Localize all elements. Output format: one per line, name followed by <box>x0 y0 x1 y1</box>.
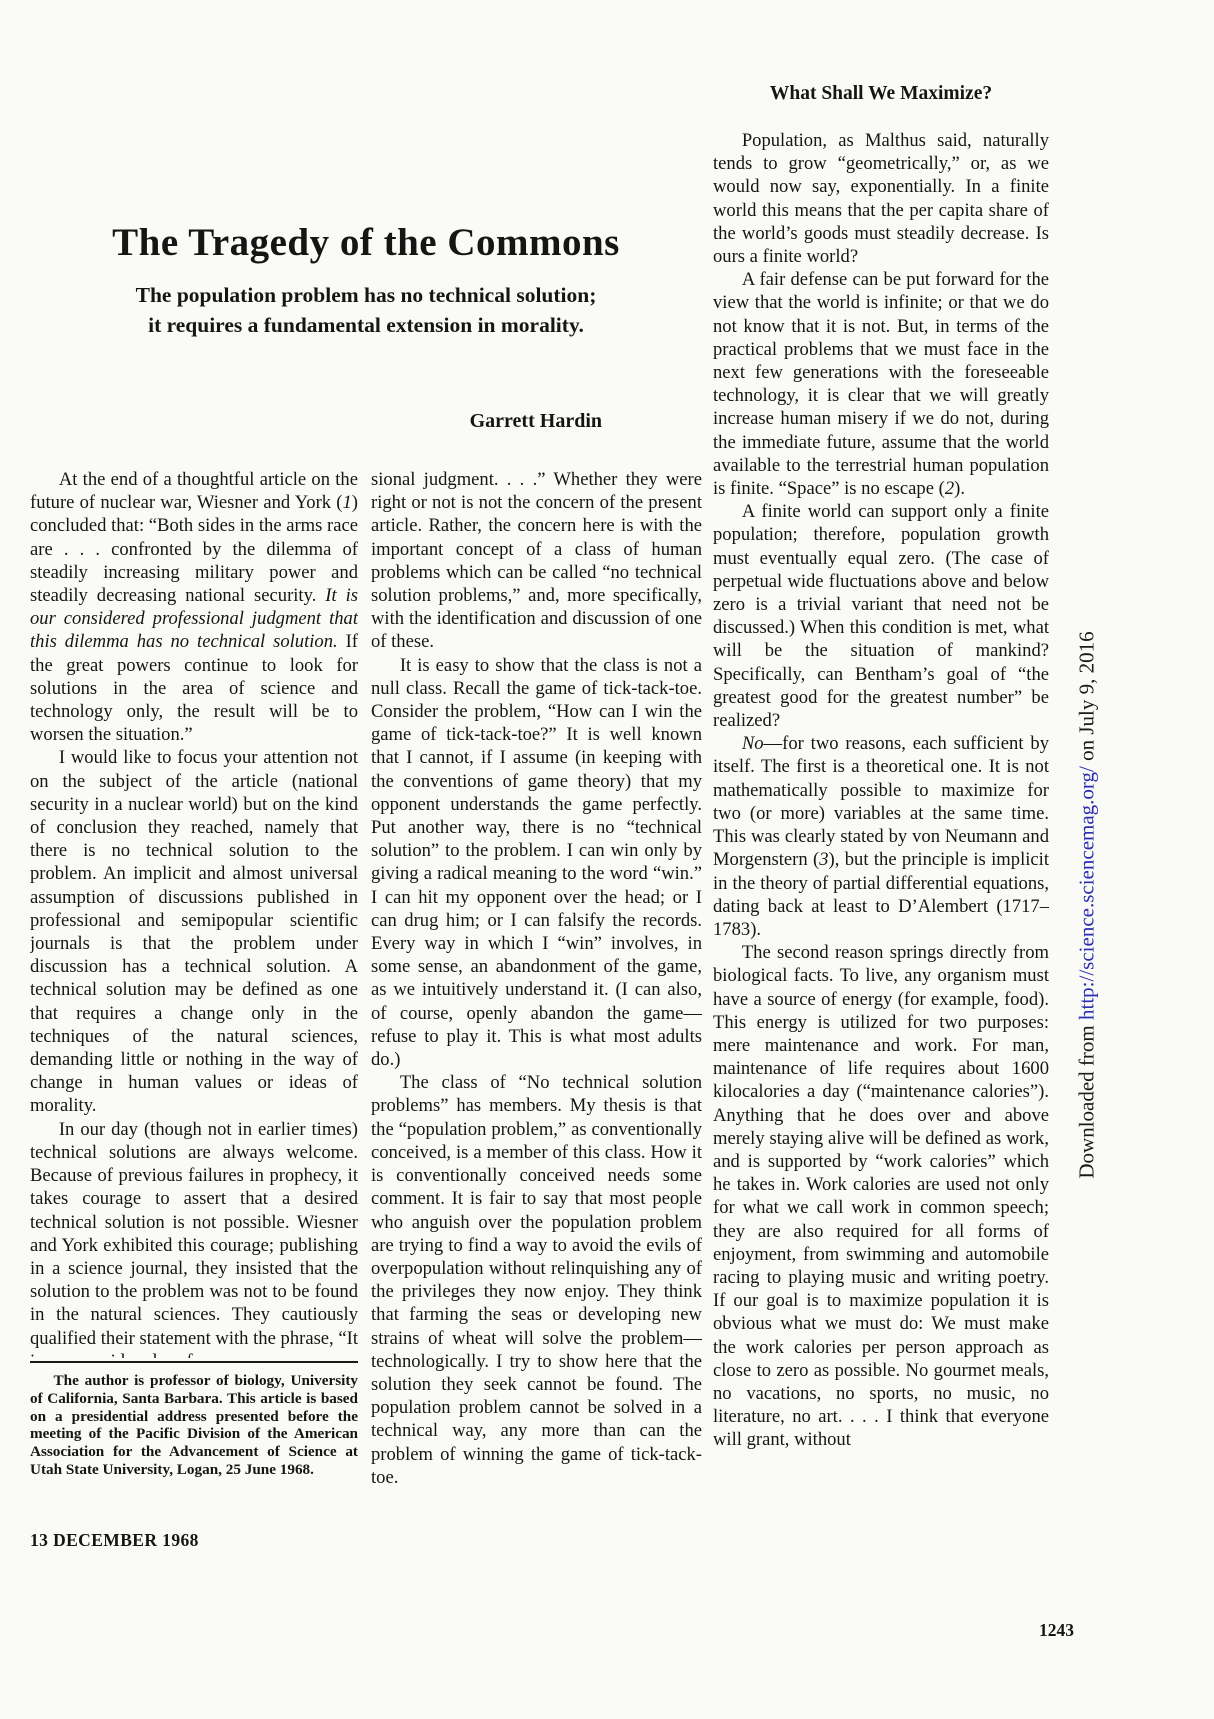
paragraph: Population, as Malthus said, naturally t… <box>713 129 1049 268</box>
paragraph: I would like to focus your attention not… <box>30 746 358 1117</box>
page-number: 1243 <box>1004 1620 1074 1641</box>
issue-date: 13 DECEMBER 1968 <box>30 1530 199 1551</box>
article-subtitle: The population problem has no technical … <box>30 280 702 340</box>
download-watermark-prefix: Downloaded from <box>1075 1020 1099 1179</box>
author-footnote: The author is professor of biology, Univ… <box>30 1372 358 1479</box>
text-column-left: At the end of a thoughtful article on th… <box>30 468 358 1358</box>
download-watermark: Downloaded from http://science.sciencema… <box>1075 631 1100 1178</box>
paragraph: A fair defense can be put forward for th… <box>713 268 1049 500</box>
paragraph: The author is professor of biology, Univ… <box>30 1372 358 1479</box>
paragraph: At the end of a thoughtful article on th… <box>30 468 358 746</box>
text-column-right: Population, as Malthus said, naturally t… <box>713 129 1049 1541</box>
paragraph: The class of “No technical solution prob… <box>371 1071 702 1489</box>
paragraph: No—for two reasons, each sufficient by i… <box>713 732 1049 941</box>
text-column-middle: sional judgment. . . .” Whether they wer… <box>371 468 702 1530</box>
footnote-divider <box>30 1361 358 1363</box>
sciencemag-link[interactable]: http://science.sciencemag.org/ <box>1075 766 1099 1020</box>
author-name: Garrett Hardin <box>30 410 602 433</box>
article-title: The Tragedy of the Commons <box>30 220 702 265</box>
paragraph: sional judgment. . . .” Whether they wer… <box>371 468 702 654</box>
paragraph: The second reason springs directly from … <box>713 941 1049 1451</box>
paragraph: A finite world can support only a finite… <box>713 500 1049 732</box>
section-heading: What Shall We Maximize? <box>713 83 1049 105</box>
download-watermark-suffix: on July 9, 2016 <box>1075 631 1099 766</box>
paragraph: It is easy to show that the class is not… <box>371 654 702 1072</box>
paragraph: In our day (though not in earlier times)… <box>30 1118 358 1358</box>
journal-page: { "page": { "background": "#fafaf6", "te… <box>0 0 1214 1719</box>
